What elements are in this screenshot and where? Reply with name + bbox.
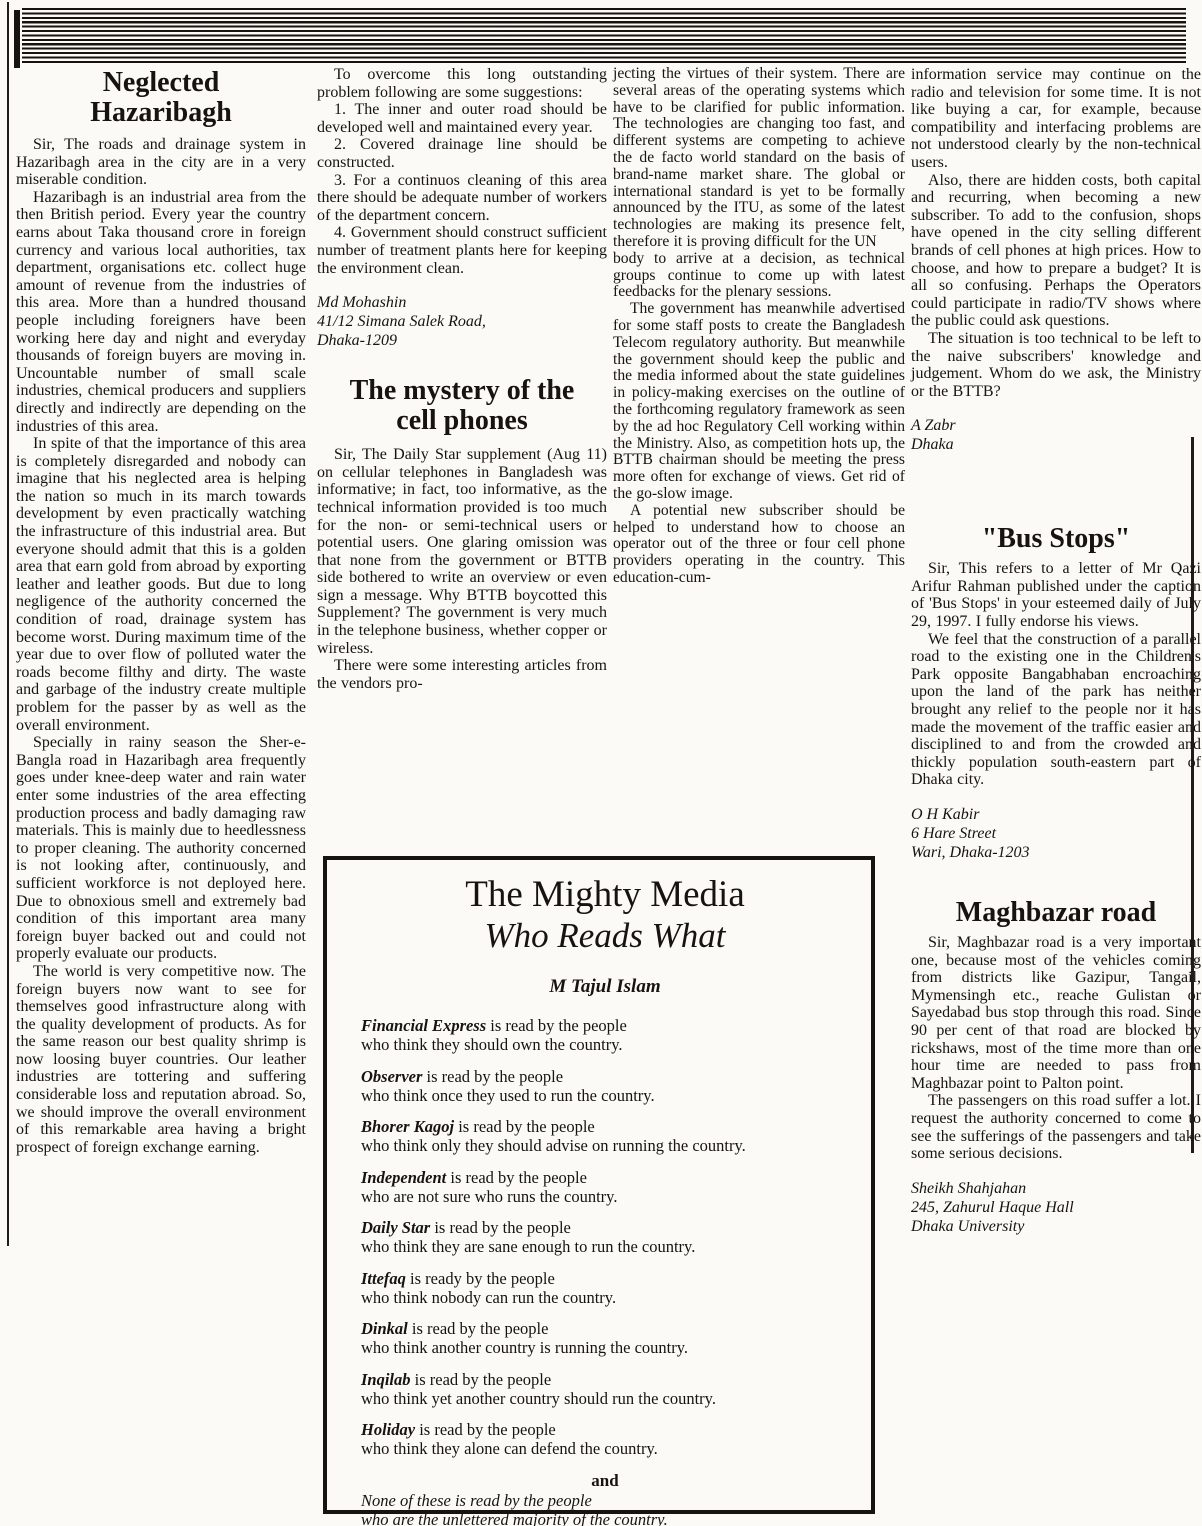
media-entry-holiday: Holiday is read by the people who think … (361, 1420, 849, 1458)
paragraph: The government has meanwhile advertised … (613, 301, 905, 503)
paragraph: There were some interesting articles fro… (317, 657, 607, 692)
publication-name: Inqilab (361, 1370, 411, 1389)
paragraph: The situation is too technical to be lef… (911, 330, 1201, 400)
media-entry-ittefaq: Ittefaq is ready by the people who think… (361, 1269, 849, 1307)
entry-text: who are not sure who runs the country. (361, 1187, 849, 1206)
letter-title-bus-stops: "Bus Stops" (911, 524, 1201, 554)
signature-sheikh-shahjahan: Sheikh Shahjahan 245, Zahurul Haque Hall… (911, 1179, 1201, 1236)
column-1: Neglected Hazaribagh Sir, The roads and … (16, 66, 306, 1156)
masthead-left-tick (14, 10, 20, 68)
heading-line: cell phones (317, 406, 607, 436)
entry-text: who think only they should advise on run… (361, 1136, 849, 1155)
paragraph: Sir, Maghbazar road is a very important … (911, 934, 1201, 1092)
entry-text: who think once they used to run the coun… (361, 1086, 849, 1105)
entry-text: who think nobody can run the country. (361, 1288, 849, 1307)
paragraph: The passengers on this road suffer a lot… (911, 1092, 1201, 1162)
left-scan-rule (7, 2, 9, 1246)
entry-text: who think they should own the country. (361, 1035, 849, 1054)
column-4: information service may continue on the … (911, 66, 1201, 1236)
mighty-media-box: The Mighty Media Who Reads What M Tajul … (323, 856, 875, 1514)
publication-name: Ittefaq (361, 1269, 406, 1288)
media-entry-none-of-these: None of these is read by the people who … (361, 1491, 849, 1526)
paragraph: 3. For a continuos cleaning of this area… (317, 172, 607, 225)
publication-name: Financial Express (361, 1016, 486, 1035)
entry-text: is read by the people (427, 1067, 564, 1086)
media-entry-bhorer-kagoj: Bhorer Kagoj is read by the people who t… (361, 1117, 849, 1155)
section-title: To the Editor... (90, 1, 625, 65)
newspaper-letters-page: To the Editor... Neglected Hazaribagh Si… (0, 0, 1202, 1526)
letter-title-mystery-cell-phones: The mystery of the cell phones (317, 376, 607, 436)
signature-line: Dhaka University (911, 1217, 1201, 1236)
signature-line: Sheikh Shahjahan (911, 1179, 1201, 1198)
paragraph: In spite of that the importance of this … (16, 435, 306, 734)
media-entry-observer: Observer is read by the people who think… (361, 1067, 849, 1105)
media-entry-financial-express: Financial Express is read by the people … (361, 1016, 849, 1054)
media-box-title: The Mighty Media (361, 874, 849, 916)
heading-line: Hazaribagh (16, 98, 306, 128)
paragraph: body to arrive at a decision, as technic… (613, 251, 905, 301)
media-box-subtitle: Who Reads What (361, 916, 849, 956)
entry-text: None of these is read by the people (361, 1491, 849, 1510)
entry-text: is read by the people (458, 1117, 595, 1136)
signature-line: O H Kabir (911, 805, 1201, 824)
masthead-banner: To the Editor... (22, 8, 1186, 64)
entry-text: is read by the people (490, 1016, 627, 1035)
entry-text: who are the unlettered majority of the c… (361, 1510, 849, 1526)
entry-text: who think they are sane enough to run th… (361, 1237, 849, 1256)
paragraph: jecting the virtues of their system. The… (613, 66, 905, 251)
entry-text: is read by the people (419, 1420, 556, 1439)
entry-text: who think they alone can defend the coun… (361, 1439, 849, 1458)
publication-name: Independent (361, 1168, 446, 1187)
paragraph: information service may continue on the … (911, 66, 1201, 172)
paragraph: A potential new subscriber should be hel… (613, 503, 905, 587)
media-entry-independent: Independent is read by the people who ar… (361, 1168, 849, 1206)
media-entry-daily-star: Daily Star is read by the people who thi… (361, 1218, 849, 1256)
entry-text: is read by the people (434, 1218, 571, 1237)
signature-line: A Zabr (911, 416, 1201, 435)
publication-name: Dinkal (361, 1319, 408, 1338)
signature-line: Dhaka (911, 435, 1201, 454)
column-3: jecting the virtues of their system. The… (613, 66, 905, 587)
publication-name: Bhorer Kagoj (361, 1117, 454, 1136)
signature-line: Md Mohashin (317, 293, 607, 312)
media-entry-dinkal: Dinkal is read by the people who think a… (361, 1319, 849, 1357)
paragraph: Sir, The Daily Star supplement (Aug 11) … (317, 446, 607, 657)
column-2: To overcome this long outstanding proble… (317, 66, 607, 692)
paragraph: 1. The inner and outer road should be de… (317, 101, 607, 136)
signature-o-h-kabir: O H Kabir 6 Hare Street Wari, Dhaka-1203 (911, 805, 1201, 862)
media-box-byline: M Tajul Islam (361, 976, 849, 998)
entry-text: is ready by the people (410, 1269, 555, 1288)
paragraph: The world is very competitive now. The f… (16, 963, 306, 1157)
publication-name: Observer (361, 1067, 422, 1086)
media-entry-inqilab: Inqilab is read by the people who think … (361, 1370, 849, 1408)
paragraph: Also, there are hidden costs, both capit… (911, 172, 1201, 330)
signature-line: 41/12 Simana Salek Road, (317, 312, 607, 331)
paragraph: Hazaribagh is an industrial area from th… (16, 189, 306, 435)
paragraph: 2. Covered drainage line should be const… (317, 136, 607, 171)
signature-line: Wari, Dhaka-1203 (911, 843, 1201, 862)
publication-name: Holiday (361, 1420, 415, 1439)
entry-text: is read by the people (412, 1319, 549, 1338)
signature-md-mohashin: Md Mohashin 41/12 Simana Salek Road, Dha… (317, 293, 607, 350)
paragraph: 4. Government should construct sufficien… (317, 224, 607, 277)
publication-name: Daily Star (361, 1218, 430, 1237)
paragraph: Sir, The roads and drainage system in Ha… (16, 136, 306, 189)
paragraph: We feel that the construction of a paral… (911, 631, 1201, 789)
heading-line: Neglected (16, 68, 306, 98)
signature-a-zabr: A Zabr Dhaka (911, 416, 1201, 454)
entry-text: who think yet another country should run… (361, 1389, 849, 1408)
letter-title-maghbazar-road: Maghbazar road (911, 898, 1201, 928)
letter-title-neglected-hazaribagh: Neglected Hazaribagh (16, 68, 306, 128)
paragraph: Sir, This refers to a letter of Mr Qazi … (911, 560, 1201, 630)
heading-line: The mystery of the (317, 376, 607, 406)
paragraph: To overcome this long outstanding proble… (317, 66, 607, 101)
media-connector: and (361, 1471, 849, 1491)
signature-line: Dhaka-1209 (317, 331, 607, 350)
signature-line: 245, Zahurul Haque Hall (911, 1198, 1201, 1217)
entry-text: is read by the people (415, 1370, 552, 1389)
signature-line: 6 Hare Street (911, 824, 1201, 843)
entry-text: who think another country is running the… (361, 1338, 849, 1357)
paragraph: Specially in rainy season the Sher-e-Ban… (16, 734, 306, 963)
entry-text: is read by the people (450, 1168, 587, 1187)
